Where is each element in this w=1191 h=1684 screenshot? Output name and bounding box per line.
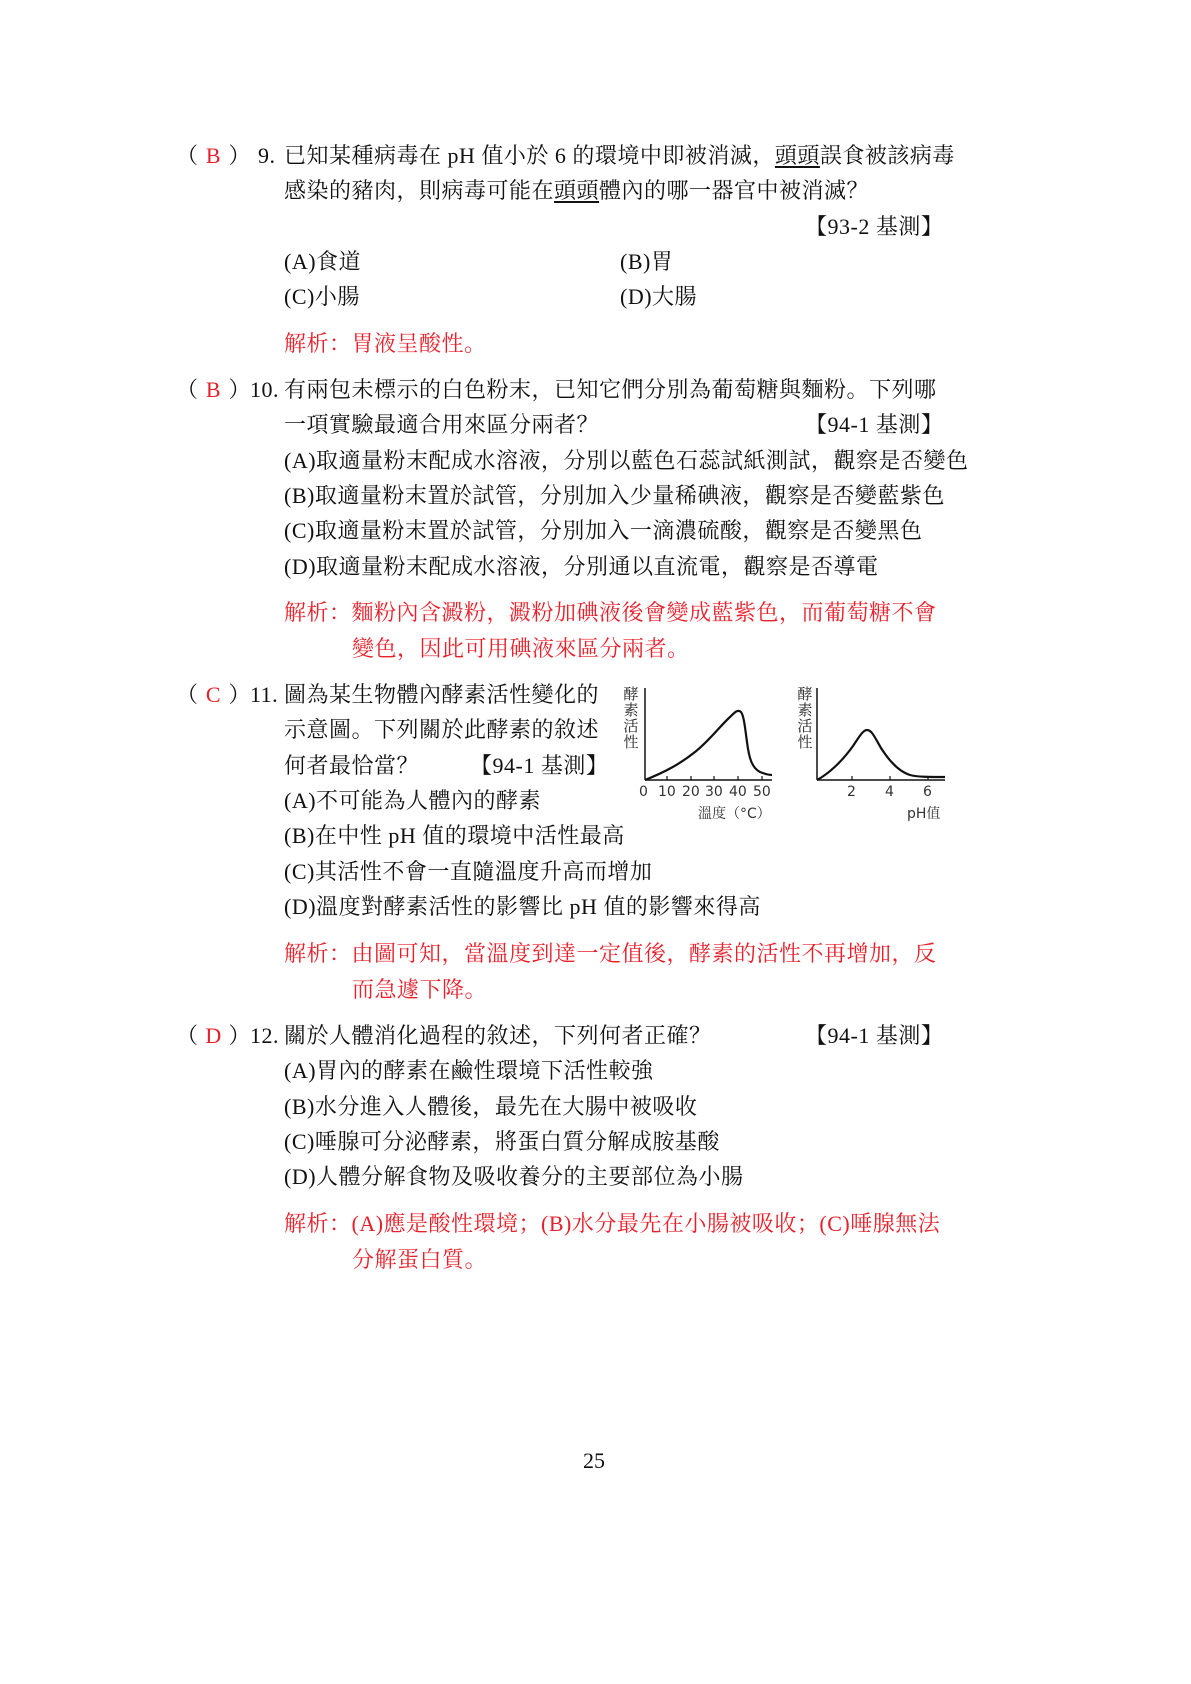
option-d: (D)溫度對酵素活性的影響比 pH 值的影響來得高: [284, 893, 761, 921]
question-11-stem-line2: 示意圖。下列關於此酵素的敘述: [284, 716, 599, 744]
analysis-continued: 變色，因此可用碘液來區分兩者。: [352, 635, 690, 663]
question-11-stem-line3: 何者最恰當？: [284, 752, 419, 780]
x-tick: 20: [682, 784, 700, 800]
option-c: (C)取適量粉末置於試管，分別加入一滴濃硫酸，觀察是否變黑色: [284, 517, 922, 545]
option-b: (B)水分進入人體後，最先在大腸中被吸收: [284, 1093, 697, 1121]
exam-page: （B） 9. 已知某種病毒在 pH 值小於 6 的環境中即被消滅，頭頭誤食被該病…: [0, 0, 1191, 1684]
option-a: (A)不可能為人體內的酵素: [284, 787, 541, 815]
stem-text: 誤食被該病毒: [820, 143, 955, 168]
option-b: (B)在中性 pH 值的環境中活性最高: [284, 822, 625, 850]
question-9-answer-bracket: （B）: [176, 142, 251, 170]
question-10-stem-line1: 有兩包未標示的白色粉末，已知它們分別為葡萄糖與麵粉。下列哪: [284, 376, 937, 404]
underlined-name: 頭頭: [554, 178, 599, 203]
question-10-stem-line2: 一項實驗最適合用來區分兩者？: [284, 411, 599, 439]
question-number: 10.: [250, 376, 279, 404]
exam-source: 【93-2 基測】: [805, 213, 943, 241]
temperature-activity-chart: 酵素活性 0 10 20 30 40 50 溫度（°C）: [620, 680, 790, 830]
analysis: 解析：由圖可知，當溫度到達一定值後，酵素的活性不再增加，反: [284, 940, 937, 968]
analysis: 解析：麵粉內含澱粉，澱粉加碘液後會變成藍紫色，而葡萄糖不會: [284, 599, 937, 627]
stem-text: 感染的豬肉，則病毒可能在: [284, 178, 554, 203]
x-tick: 2: [847, 784, 856, 800]
x-tick: 4: [885, 784, 894, 800]
x-tick: 50: [753, 784, 771, 800]
analysis-label: 解析：: [284, 331, 352, 356]
analysis-text: 麵粉內含澱粉，澱粉加碘液後會變成藍紫色，而葡萄糖不會: [352, 600, 937, 625]
question-11-stem-line1: 圖為某生物體內酵素活性變化的: [284, 681, 599, 709]
option-d: (D)取適量粉末配成水溶液，分別通以直流電，觀察是否導電: [284, 553, 879, 581]
answer-letter: B: [199, 142, 229, 170]
analysis-text: 胃液呈酸性。: [352, 331, 487, 356]
option-c: (C)其活性不會一直隨溫度升高而增加: [284, 858, 652, 886]
option-b: (B)胃: [620, 248, 673, 276]
question-10-answer-bracket: （B）: [176, 376, 251, 404]
question-12-answer-bracket: （D）: [176, 1022, 251, 1050]
question-9-stem-line2: 感染的豬肉，則病毒可能在頭頭體內的哪一器官中被消滅？: [284, 177, 869, 205]
option-c: (C)唾腺可分泌酵素，將蛋白質分解成胺基酸: [284, 1128, 720, 1156]
answer-letter: D: [199, 1022, 229, 1050]
question-9-stem-line1: 已知某種病毒在 pH 值小於 6 的環境中即被消滅，頭頭誤食被該病毒: [284, 142, 955, 170]
option-b: (B)取適量粉末置於試管，分別加入少量稀碘液，觀察是否變藍紫色: [284, 482, 945, 510]
analysis-continued: 而急遽下降。: [352, 976, 487, 1004]
answer-letter: C: [199, 681, 229, 709]
exam-source: 【94-1 基測】: [805, 411, 943, 439]
option-d: (D)人體分解食物及吸收養分的主要部位為小腸: [284, 1163, 744, 1191]
option-a: (A)胃內的酵素在鹼性環境下活性較強: [284, 1057, 654, 1085]
analysis: 解析：胃液呈酸性。: [284, 330, 487, 358]
x-tick: 0: [639, 784, 648, 800]
analysis-text: (A)應是酸性環境；(B)水分最先在小腸被吸收；(C)唾腺無法: [352, 1211, 941, 1236]
exam-source: 【94-1 基測】: [470, 752, 608, 780]
analysis-label: 解析：: [284, 600, 352, 625]
underlined-name: 頭頭: [775, 143, 820, 168]
x-tick: 40: [729, 784, 747, 800]
stem-text: 體內的哪一器官中被消滅？: [599, 178, 869, 203]
x-tick: 10: [658, 784, 676, 800]
x-axis-label: 溫度（°C）: [698, 803, 771, 823]
stem-text: 已知某種病毒在 pH 值小於 6 的環境中即被消滅，: [284, 143, 775, 168]
question-12-stem-line1: 關於人體消化過程的敘述，下列何者正確？: [284, 1022, 712, 1050]
page-number: 25: [583, 1448, 605, 1474]
x-tick: 30: [705, 784, 723, 800]
option-a: (A)取適量粉末配成水溶液，分別以藍色石蕊試紙測試，觀察是否變色: [284, 447, 969, 475]
analysis-label: 解析：: [284, 1211, 352, 1236]
option-d: (D)大腸: [620, 283, 697, 311]
x-tick: 6: [923, 784, 932, 800]
question-number: 11.: [250, 681, 278, 709]
x-axis-label: pH值: [907, 803, 940, 823]
exam-source: 【94-1 基測】: [805, 1022, 943, 1050]
answer-letter: B: [199, 376, 229, 404]
question-number: 9.: [258, 142, 276, 170]
ph-activity-chart: 酵素活性 2 4 6 pH值: [795, 680, 955, 830]
analysis-continued: 分解蛋白質。: [352, 1246, 487, 1274]
question-11-answer-bracket: （C）: [176, 681, 251, 709]
analysis-label: 解析：: [284, 941, 352, 966]
question-number: 12.: [250, 1022, 279, 1050]
option-a: (A)食道: [284, 248, 361, 276]
analysis-text: 由圖可知，當溫度到達一定值後，酵素的活性不再增加，反: [352, 941, 937, 966]
analysis: 解析：(A)應是酸性環境；(B)水分最先在小腸被吸收；(C)唾腺無法: [284, 1210, 940, 1238]
option-c: (C)小腸: [284, 283, 360, 311]
